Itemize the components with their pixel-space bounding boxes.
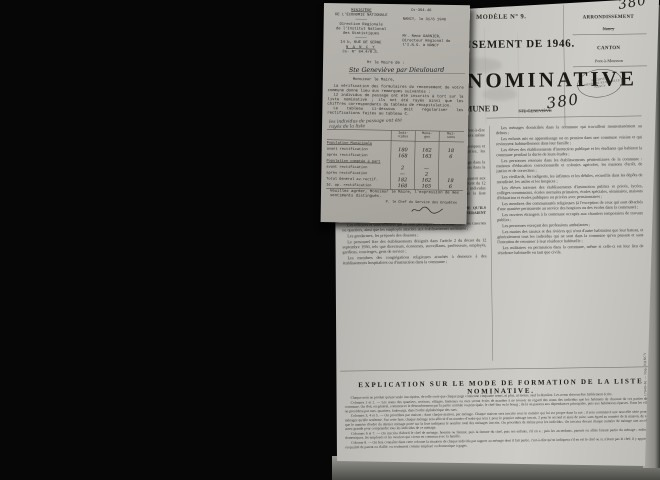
letter-content: MINISTÈREDE L'ÉCONOMIE NATIONALE—————Dir… [321,3,470,224]
instruction-paragraph: Les ouvriers étrangers à la commune occu… [497,211,643,223]
letter-addressee-block: Mr. René GARNIER,Directeur Régional del'… [402,34,467,49]
letter-dateline: NANCY, le 31/6 1946 [403,17,446,22]
table-cell: 6 [438,184,462,190]
explanation-rule [340,366,660,371]
instruction-paragraph: Les enfants mis en apprentissage ou en p… [496,135,642,147]
letter-reference: Cs-354-46 [411,8,432,12]
arrondissement-label: ARRONDISSEMENT [563,14,653,21]
table-column-header [327,130,391,141]
table-cell: 168 [390,183,414,189]
typed-letter-overlay: MINISTÈREDE L'ÉCONOMIE NATIONALE—————Dir… [321,3,470,224]
printer-margin-note: I. 17049-46 — Imp. NANCY [643,340,648,400]
letter-sender-block: MINISTÈREDE L'ÉCONOMIE NATIONALE—————Dir… [327,8,395,55]
arrondissement-value: Nancy [563,26,653,32]
explanation-paragraphs: Chaque nom ne produit qu'une seule inscr… [345,392,653,450]
page-number-handwritten: 380 [617,0,648,13]
population-table: Indi- vidusMéna- gesMai- sons Population… [326,129,464,191]
letter-object-handwritten: Ste Geneviève par Dieulouard [349,66,465,74]
sender-line: Cs- N° 64.4/R.S. [327,49,394,55]
table-column-header: Mai- sons [439,131,463,141]
instruction-paragraph: Les élèves internes des établissements d… [497,184,643,201]
scanned-document: MODÈLE N° 9. ARRONDISSEMENT Nancy CANTON… [0,0,660,480]
population-table-body: Population Municipaleavant rectification… [326,140,464,190]
arrondissement-line [573,34,647,36]
canton-label: CANTON [564,44,654,51]
instruction-paragraph: Les militaires en permission dans la com… [497,244,643,256]
instructions-right-column: Les ménages domiciliés dans la commune q… [496,124,644,257]
table-column-header: Indi- vidus [391,131,415,141]
signature-scribble [410,204,445,216]
instruction-paragraph: Les membres des communautés religieuses … [497,200,643,212]
left-items: Les officiers et sous-officiers qui ne s… [342,221,487,266]
addressee-line: l'I.N.S. à NANCY [402,43,467,49]
instruction-paragraph: Les ménages domiciliés dans la commune q… [496,124,642,136]
bleedthrough-smudge [482,87,517,100]
table-cell: 165 [414,183,438,189]
table-column-header: Ména- ges [415,131,439,141]
instruction-paragraph: Les élèves des établissements d'instruct… [496,146,642,158]
canton-value: Pont-à-Mousson [564,57,654,63]
instruction-paragraph: Le personnel fixe des établissements dés… [342,238,486,255]
instruction-paragraph: Les membres des congrégations religieuse… [343,254,487,266]
letter-body: La vérification des formulaires du recen… [327,84,463,118]
instruction-paragraph: Les personnes retenues dans les établiss… [496,157,642,174]
letter-object-label: Mr le Maire de : [367,61,404,66]
instruction-paragraph: Les vieillards, les indigents, les infir… [496,173,642,185]
letter-salutation: Monsieur le Maire, [353,77,395,82]
right-items: Les ménages domiciliés dans la commune q… [496,124,644,256]
table-row-label: Id. ap. rectification [326,182,390,189]
column-divider [489,126,493,361]
letter-paragraph: Le tableau ci-dessous doit régulariser l… [327,107,463,118]
handwritten-annotation: les individus de passage ont été rayés d… [329,118,404,129]
instruction-paragraph: Les marins des canaux et des rivières qu… [497,228,643,245]
letter-closing: Veuillez agréer, Monsieur le Maire, l'ex… [330,189,459,200]
